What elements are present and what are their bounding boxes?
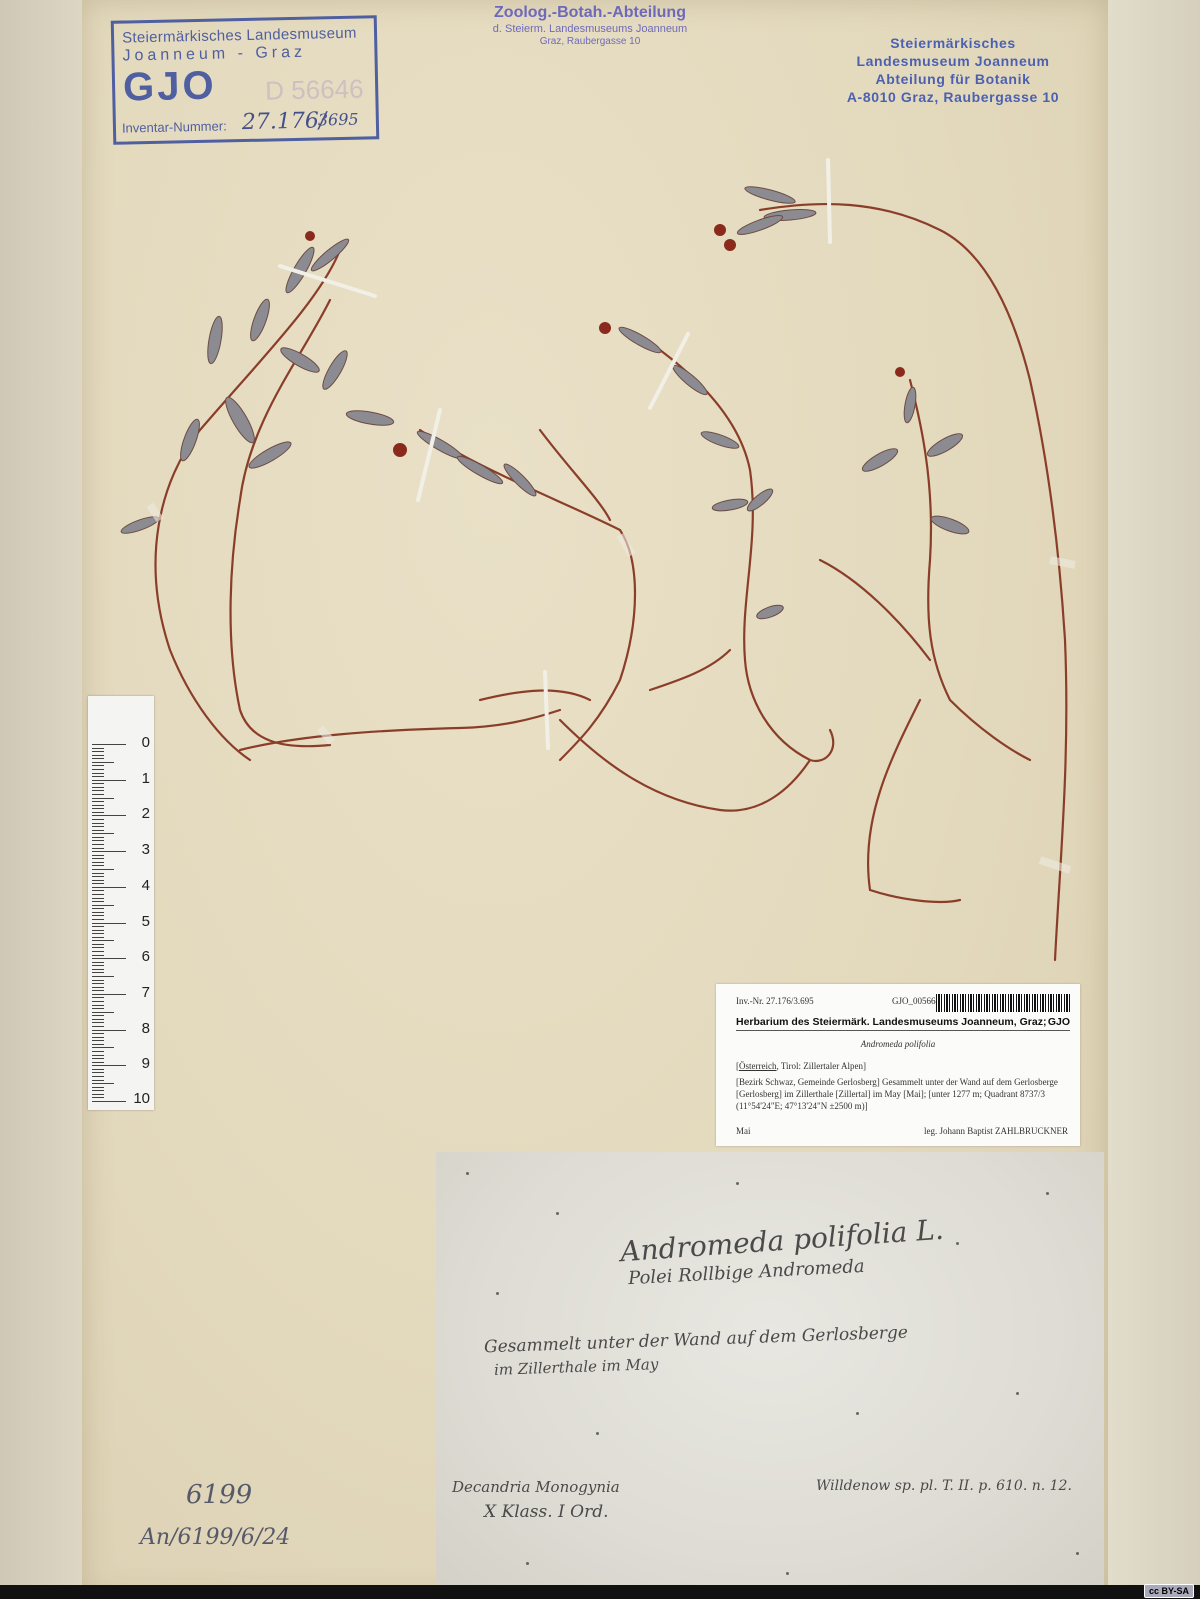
label-species: Andromeda polifolia bbox=[716, 1039, 1080, 1049]
original-label: Andromeda polifolia L. Polei Rollbige An… bbox=[436, 1152, 1104, 1599]
inventory-label: Inventar-Nummer: bbox=[122, 118, 227, 135]
pencil-code: An/6199/6/24 bbox=[140, 1525, 290, 1550]
ruler-number: 7 bbox=[126, 984, 150, 1001]
ruler-number: 3 bbox=[126, 841, 150, 858]
pencil-number: 6199 bbox=[186, 1480, 252, 1510]
ruler-number: 0 bbox=[126, 734, 150, 751]
inventory-suffix: 3695 bbox=[318, 110, 359, 130]
ruler-number: 1 bbox=[126, 770, 150, 787]
botanik-line-2: Landesmuseum Joanneum bbox=[838, 52, 1068, 70]
ruler-number: 6 bbox=[126, 948, 150, 965]
ruler-number: 5 bbox=[126, 913, 150, 930]
barcode-icon bbox=[936, 994, 1070, 1012]
museum-stamp: Steiermärkisches Landesmuseum Joanneum -… bbox=[111, 15, 380, 145]
label-region-rest: , Tirol: Zillertaler Alpen] bbox=[776, 1061, 866, 1071]
label-country: Österreich bbox=[739, 1061, 776, 1071]
faded-number: D 56646 bbox=[265, 74, 364, 107]
original-order: X Klass. I Ord. bbox=[484, 1502, 609, 1522]
license-badge: cc BY-SA bbox=[1144, 1584, 1194, 1598]
botanik-line-4: A-8010 Graz, Raubergasse 10 bbox=[838, 88, 1068, 106]
label-collector: leg. Johann Baptist ZAHLBRUCKNER bbox=[924, 1126, 1068, 1136]
botanik-line-1: Steiermärkisches bbox=[838, 34, 1068, 52]
label-divider bbox=[736, 1030, 1070, 1031]
label-locality: [Bezirk Schwaz, Gemeinde Gerlosberg] Ges… bbox=[736, 1076, 1066, 1112]
ruler-number: 9 bbox=[126, 1055, 150, 1072]
stamp-line-2: Joanneum - Graz bbox=[122, 42, 366, 65]
original-locality-1: Gesammelt unter der Wand auf dem Gerlosb… bbox=[484, 1323, 909, 1358]
label-region: [Österreich, Tirol: Zillertaler Alpen] bbox=[736, 1061, 866, 1071]
bottom-bar: cc BY-SA bbox=[0, 1585, 1200, 1599]
ruler-number: 10 bbox=[126, 1090, 150, 1107]
ruler-number: 8 bbox=[126, 1020, 150, 1037]
specimen-label: Inv.-Nr. 27.176/3.695 GJO_0056646 Herbar… bbox=[716, 984, 1080, 1146]
label-inventory: Inv.-Nr. 27.176/3.695 bbox=[736, 996, 814, 1006]
label-date: Mai bbox=[736, 1126, 751, 1136]
botanik-stamp: Steiermärkisches Landesmuseum Joanneum A… bbox=[838, 34, 1068, 106]
original-reference: Willdenow sp. pl. T. II. p. 610. n. 12. bbox=[816, 1478, 1072, 1494]
label-herbarium: Herbarium des Steiermärk. Landesmuseums … bbox=[736, 1016, 1046, 1028]
zoolog-line-2: d. Steierm. Landesmuseums Joanneum bbox=[470, 23, 710, 35]
scale-ruler: 0 1 2 3 4 5 6 7 8 9 10 bbox=[88, 696, 154, 1110]
botanik-line-3: Abteilung für Botanik bbox=[838, 70, 1068, 88]
zoolog-line-3: Graz, Raubergasse 10 bbox=[470, 36, 710, 47]
label-herbarium-code: GJO bbox=[1048, 1016, 1070, 1028]
inventory-value: 27.176/ bbox=[242, 108, 327, 135]
zoolog-stamp: Zoolog.-Botah.-Abteilung d. Steierm. Lan… bbox=[470, 4, 710, 47]
ruler-number: 4 bbox=[126, 877, 150, 894]
original-class: Decandria Monogynia bbox=[452, 1478, 620, 1496]
original-locality-2: im Zillerthale im May bbox=[494, 1355, 659, 1379]
ruler-number: 2 bbox=[126, 805, 150, 822]
zoolog-line-1: Zoolog.-Botah.-Abteilung bbox=[470, 4, 710, 22]
